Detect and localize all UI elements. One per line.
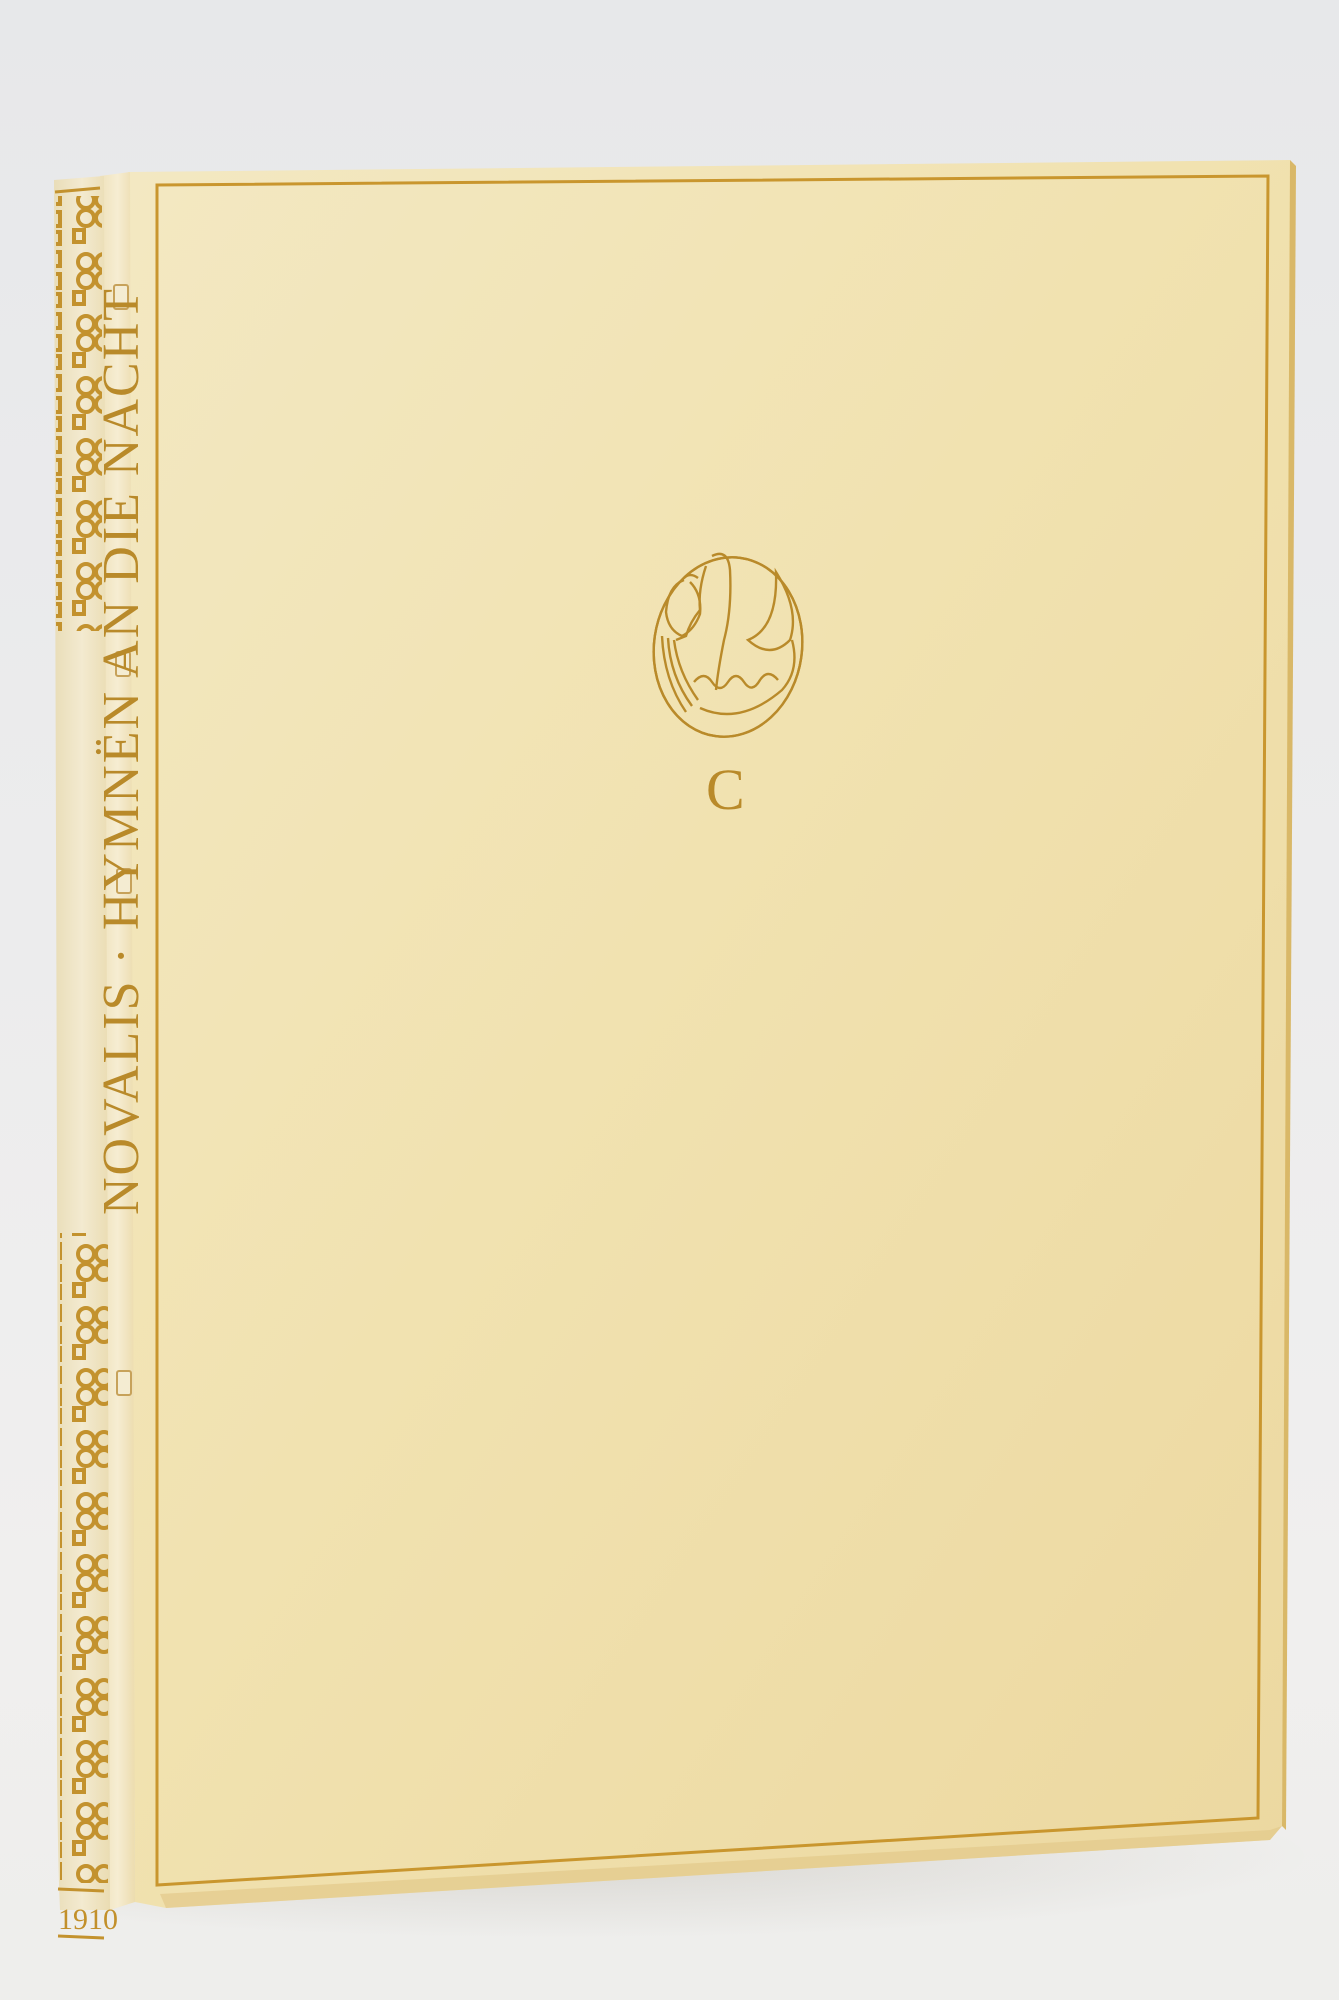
book: [0, 0, 1339, 2000]
spine-ornament-bottom: [60, 1233, 108, 1883]
photo-scene: C NOVALIS · HYMNËN AN DIE NACHT 1910: [0, 0, 1339, 2000]
spine-year: 1910: [58, 1903, 118, 1937]
emblem-letter: C: [706, 756, 745, 823]
front-cover: [128, 160, 1293, 1908]
spine-title: NOVALIS · HYMNËN AN DIE NACHT: [92, 287, 151, 1215]
